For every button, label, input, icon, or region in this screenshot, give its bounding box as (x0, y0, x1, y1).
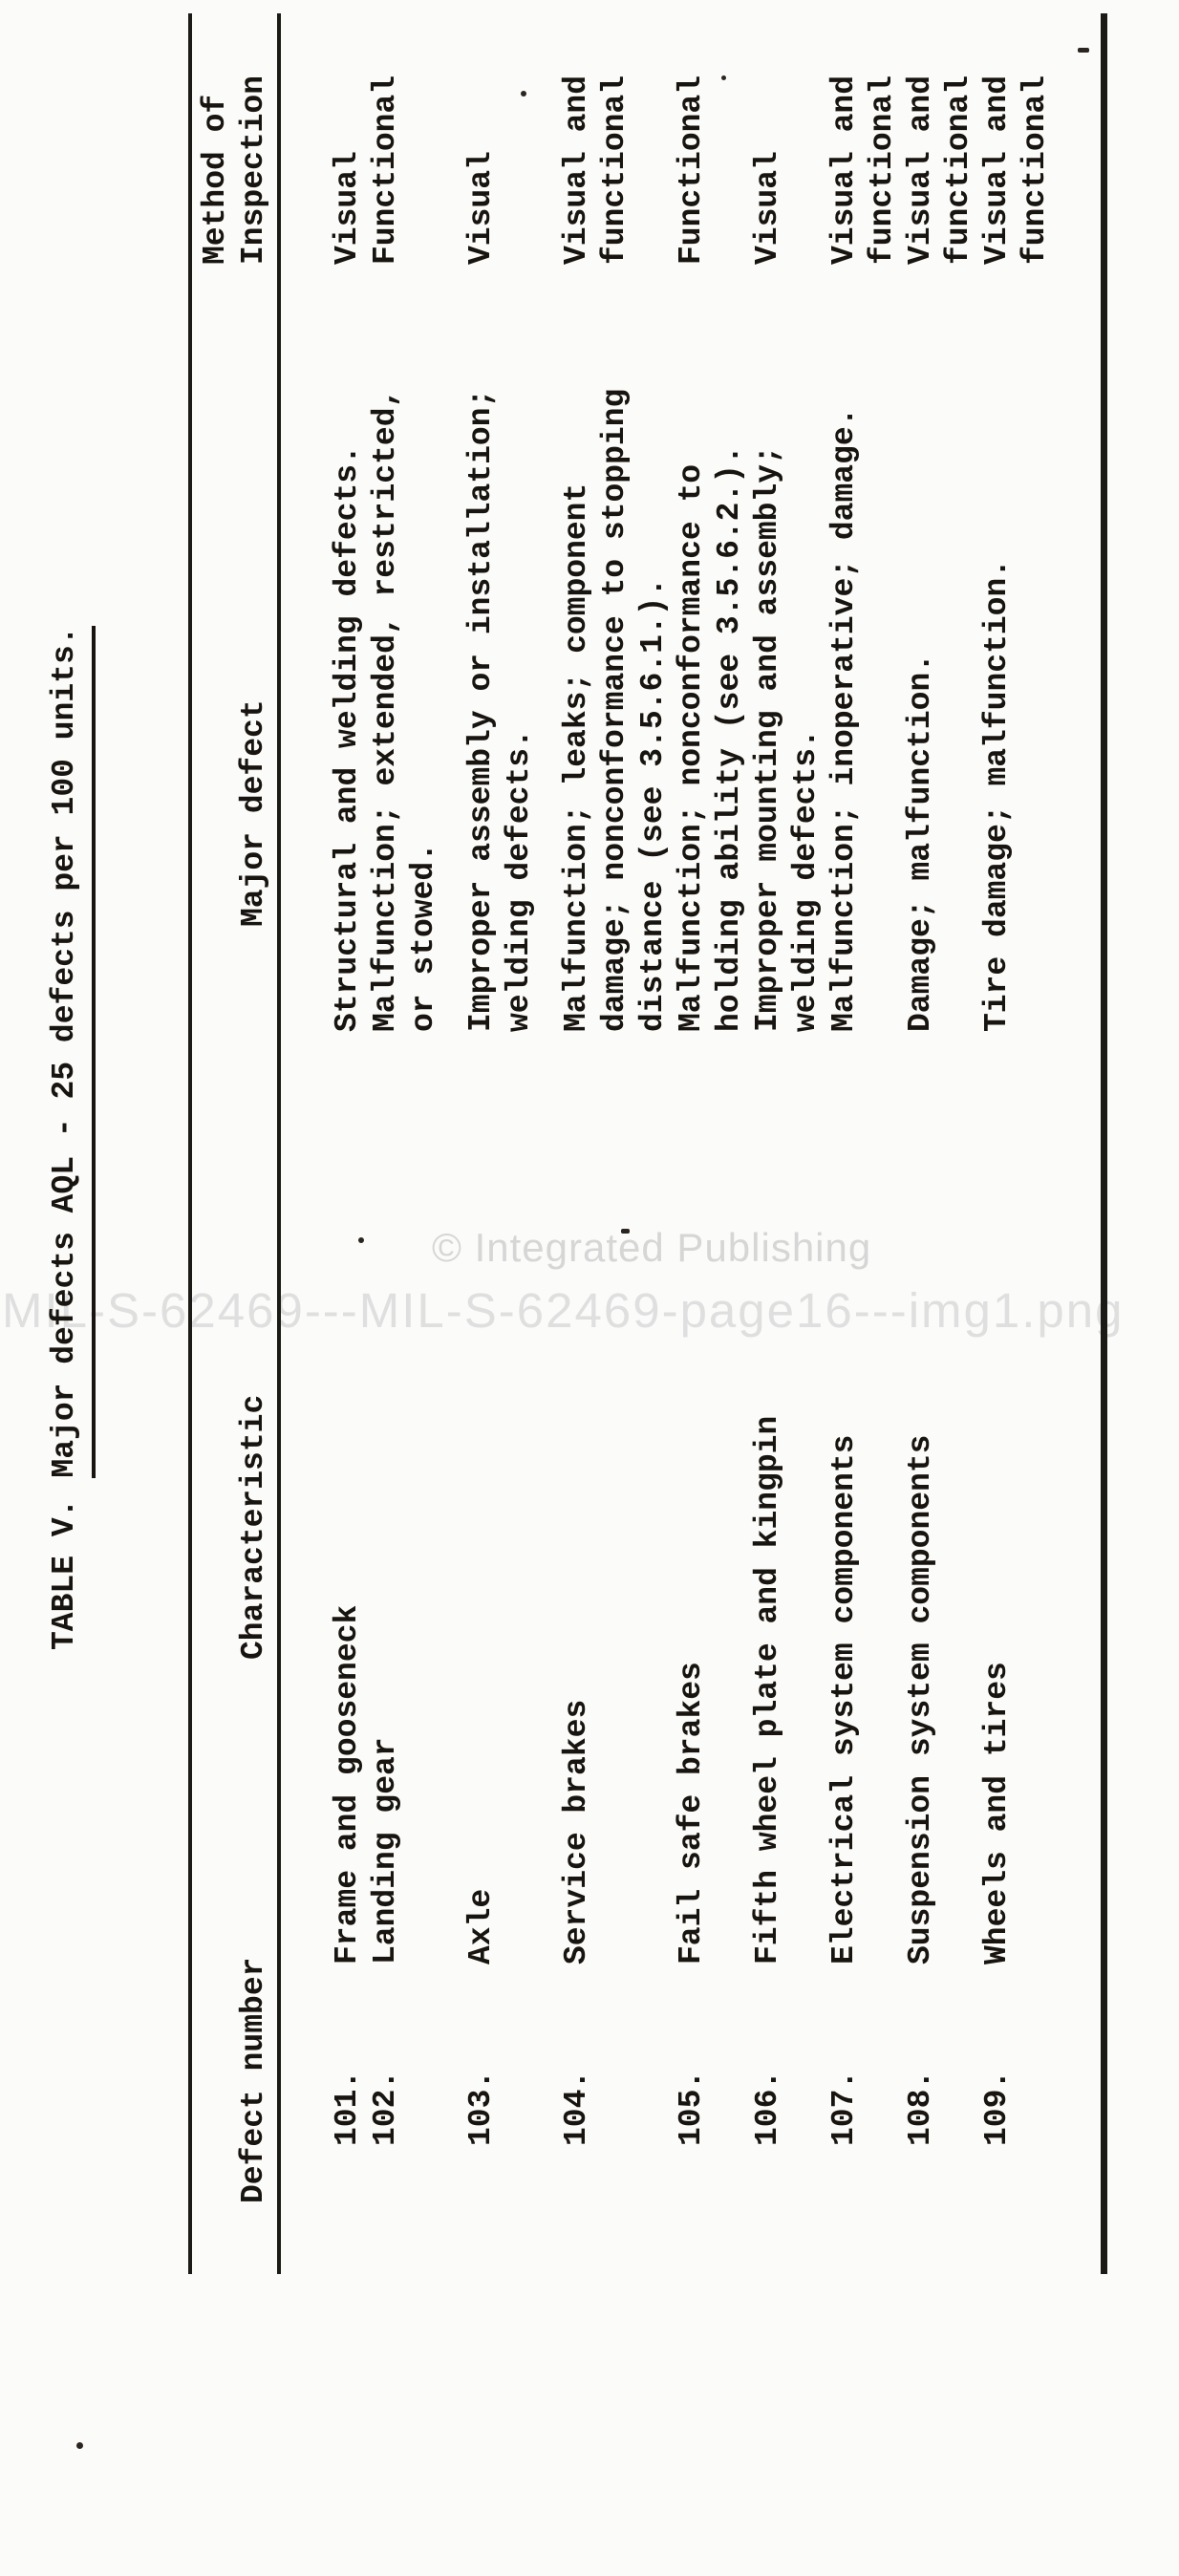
characteristic-cell: Landing gear (369, 1737, 403, 1964)
method-of-inspection-cell-line: Visual and (560, 75, 594, 265)
defect-number-cell: 104. (560, 2071, 594, 2146)
method-of-inspection-cell-line: Visual and (980, 75, 1015, 265)
defect-number-cell: 101. (331, 2071, 365, 2146)
column-header-major-defect: Major defect (237, 699, 271, 927)
characteristic-cell: Frame and gooseneck (331, 1605, 365, 1964)
major-defect-cell-line: Malfunction; nonconformance to (675, 464, 709, 1032)
method-of-inspection-cell-line: functional (866, 75, 900, 265)
defect-number-cell: 107. (827, 2071, 862, 2146)
major-defect-cell-line: Malfunction; inoperative; damage. (827, 407, 862, 1032)
major-defect-cell-line: Malfunction; extended, restricted, (369, 389, 403, 1032)
characteristic-cell: Wheels and tires (980, 1662, 1015, 1964)
characteristic-cell: Axle (464, 1889, 499, 1964)
table-title-underlined-text: Major defects AQL - 25 defects per 100 u… (47, 626, 96, 1477)
defect-number-cell: 105. (675, 2071, 709, 2146)
column-header-characteristic: Characteristic (237, 1395, 271, 1660)
major-defect-cell-line: Structural and welding defects. (331, 445, 365, 1032)
major-defect-cell-line: Tire damage; malfunction. (980, 559, 1015, 1032)
characteristic-cell: Fifth wheel plate and kingpin (751, 1416, 785, 1964)
major-defect-cell-line: Improper mounting and assembly; (751, 445, 785, 1032)
major-defect-cell-line: welding defects. (789, 729, 824, 1032)
major-defect-cell-line: distance (see 3.5.6.1.). (636, 578, 671, 1032)
method-of-inspection-cell-line: Functional (369, 75, 403, 265)
column-header-method-of-inspection-line2: Inspection (237, 75, 271, 265)
table-top-rule (188, 13, 192, 2274)
defect-number-cell: 103. (464, 2071, 499, 2146)
method-of-inspection-cell-line: functional (1018, 75, 1053, 265)
method-of-inspection-cell-line: Visual and (904, 75, 938, 265)
rotated-table-layer: TABLE V.Major defects AQL - 25 defects p… (0, 0, 1179, 2576)
table-header-rule (277, 13, 281, 2274)
method-of-inspection-cell-line: Visual (751, 151, 785, 265)
defect-number-cell: 106. (751, 2071, 785, 2146)
table-title-label: TABLE V. (47, 1499, 82, 1650)
column-header-method-of-inspection-line1: Method of (199, 95, 233, 265)
characteristic-cell: Electrical system components (827, 1435, 862, 1965)
major-defect-cell-line: or stowed. (407, 843, 441, 1032)
defect-number-cell: 108. (904, 2071, 938, 2146)
characteristic-cell: Fail safe brakes (675, 1662, 709, 1964)
major-defect-cell-line: Malfunction; leaks; component (560, 483, 594, 1032)
major-defect-cell-line: Damage; malfunction. (904, 654, 938, 1032)
characteristic-cell: Service brakes (560, 1700, 594, 1964)
column-header-defect-number: Defect number (237, 1958, 271, 2203)
scanned-document-page: © Integrated Publishing MIL-S-62469---MI… (0, 0, 1179, 2576)
method-of-inspection-cell-line: Visual (464, 151, 499, 265)
characteristic-cell: Suspension system components (904, 1435, 938, 1965)
method-of-inspection-cell-line: Visual (331, 151, 365, 265)
method-of-inspection-cell-line: Visual and (827, 75, 862, 265)
table-bottom-rule (1101, 13, 1107, 2274)
major-defect-cell-line: Improper assembly or installation; (464, 389, 499, 1032)
defect-number-cell: 109. (980, 2071, 1015, 2146)
major-defect-cell-line: holding ability (see 3.5.6.2.). (713, 445, 747, 1032)
major-defect-cell-line: welding defects. (503, 729, 537, 1032)
defect-number-cell: 102. (369, 2071, 403, 2146)
method-of-inspection-cell-line: functional (598, 75, 632, 265)
table-title: TABLE V.Major defects AQL - 25 defects p… (48, 626, 82, 1650)
method-of-inspection-cell-line: Functional (675, 75, 709, 265)
method-of-inspection-cell-line: functional (942, 75, 976, 265)
major-defect-cell-line: damage; nonconformance to stopping (598, 389, 632, 1032)
